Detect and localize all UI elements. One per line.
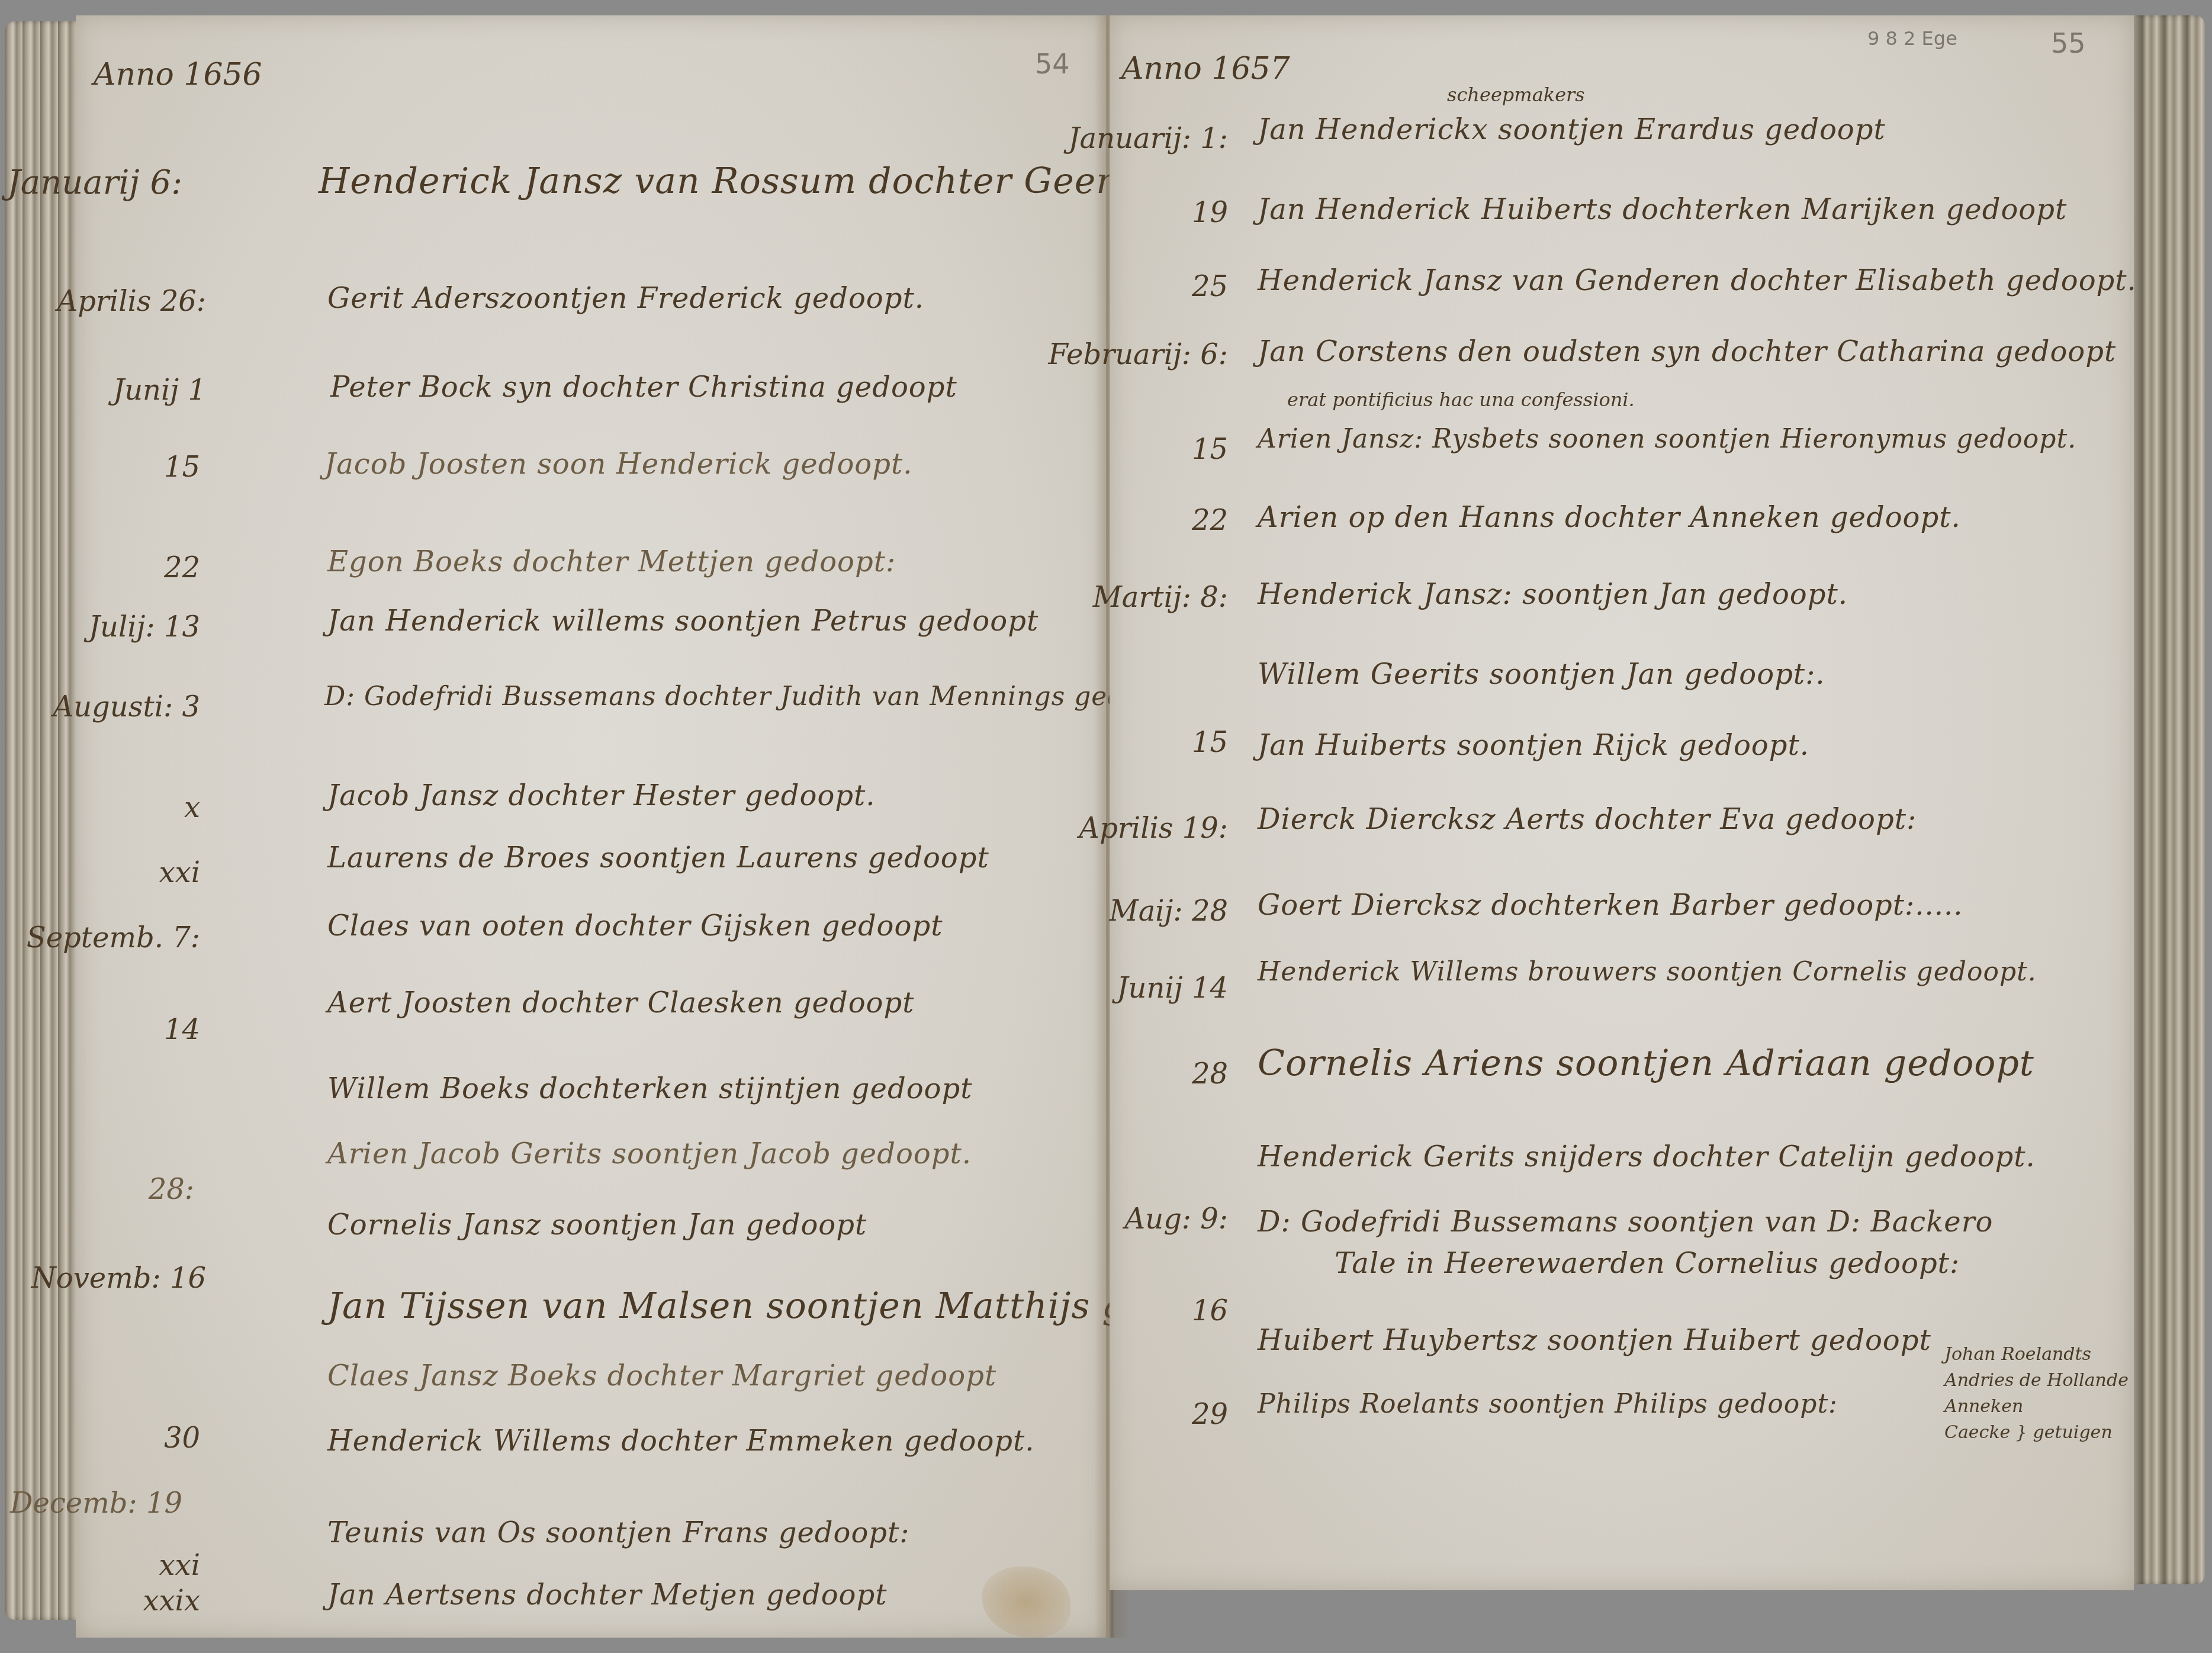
entry-text: Laurens de Broes soontjen Laurens gedoop… [327, 841, 989, 874]
entry-date: Januarij: 1: [1033, 122, 1228, 155]
entry-text: Henderick Jansz: soontjen Jan gedoopt. [1258, 578, 1848, 611]
entry-date: Februarij: 6: [1033, 338, 1228, 371]
entry-date: x [5, 791, 200, 824]
page-heading-left: Anno 1656 [94, 57, 262, 92]
entry-date: Junij 14 [1033, 972, 1228, 1005]
entry-text: Arien Jansz: Rysbets soonen soontjen Hie… [1258, 424, 2076, 454]
entry-text: Claes Jansz Boeks dochter Margriet gedoo… [327, 1359, 996, 1392]
entry-text: Jan Aertsens dochter Metjen gedoopt [327, 1578, 887, 1612]
entry-date: 15 [1033, 433, 1228, 466]
entry-date: Aug: 9: [1033, 1202, 1228, 1236]
entry-text: Jan Henderick willems soontjen Petrus ge… [327, 604, 1039, 638]
entry-date: Aprilis 19: [1033, 812, 1228, 845]
entry-text: Peter Bock syn dochter Christina gedoopt [330, 371, 957, 404]
entry-text: Jan Huiberts soontjen Rijck gedoopt. [1258, 729, 1809, 762]
folio-number-right: 55 [2051, 27, 2086, 59]
witnesses-margin-note: Johan Roelandts Andries de Hollande Anne… [1944, 1342, 2129, 1446]
entry-date: Januarij 6: [0, 163, 182, 202]
entry-date: 19 [1033, 196, 1228, 229]
entry-text: Huibert Huybertsz soontjen Huibert gedoo… [1258, 1324, 1931, 1357]
entry-text: Cornelis Jansz soontjen Jan gedoopt [327, 1208, 867, 1242]
entry-text: Claes van ooten dochter Gijsken gedoopt [327, 909, 943, 943]
entry-text: D: Godefridi Bussemans soontjen van D: B… [1258, 1205, 1994, 1239]
entry-date: Maij: 28 [1033, 895, 1228, 928]
page-heading-right: Anno 1657 [1121, 51, 1290, 86]
entry-text: Gerit Aderszoontjen Frederick gedoopt. [327, 282, 924, 315]
entry-text: Henderick Willems dochter Emmeken gedoop… [327, 1424, 1035, 1458]
entry-date: 30 [5, 1422, 200, 1455]
entry-date: Julij: 13 [5, 610, 200, 644]
open-register-book: Anno 1656 54 Januarij 6: Henderick Jansz… [5, 15, 2205, 1638]
entry-date: Augusti: 3 [5, 690, 200, 723]
entry-text: Jacob Jansz dochter Hester gedoopt. [327, 779, 876, 812]
entry-date: Junij 1 [11, 374, 206, 407]
interlinear-note: scheepmakers [1447, 83, 1585, 106]
folio-number-left: 54 [1035, 48, 1070, 80]
entry-date: 22 [5, 551, 200, 584]
entry-text: Aert Joosten dochter Claesken gedoopt [327, 986, 915, 1020]
entry-text: Goert Diercksz dochterken Barber gedoopt… [1258, 889, 1963, 922]
entry-date: 28: [0, 1173, 194, 1206]
entry-text: Arien op den Hanns dochter Anneken gedoo… [1258, 501, 1961, 534]
entry-text: Henderick Willems brouwers soontjen Corn… [1258, 957, 2037, 987]
entry-date: xxi [5, 1549, 200, 1582]
entry-text: Jan Henderickx soontjen Erardus gedoopt [1258, 113, 1886, 146]
entry-date: Aprilis 26: [11, 285, 206, 318]
entry-text: Henderick Jansz van Genderen dochter Eli… [1258, 264, 2137, 297]
pencil-annotation: 9 8 2 Ege [1867, 27, 1957, 50]
entry-text: Henderick Gerits snijders dochter Cateli… [1258, 1140, 2036, 1173]
entry-date: Decemb: 19 [0, 1487, 182, 1520]
entry-date: 14 [5, 1013, 200, 1046]
entry-date: xxi [5, 856, 200, 889]
entry-text: Cornelis Ariens soontjen Adriaan gedoopt [1258, 1043, 2034, 1084]
entry-date: Martij: 8: [1033, 581, 1228, 614]
entry-date: 25 [1033, 270, 1228, 303]
interlinear-note: erat pontificius hac una confessioni. [1287, 388, 1635, 411]
entry-text: Jacob Joosten soon Henderick gedoopt. [324, 448, 913, 481]
right-page-edges [2134, 15, 2205, 1584]
entry-date: 22 [1033, 504, 1228, 537]
entry-date: Novemb: 16 [11, 1262, 206, 1295]
entry-date: 28 [1033, 1057, 1228, 1091]
entry-date: 29 [1033, 1398, 1228, 1431]
entry-date: Septemb. 7: [5, 921, 200, 954]
left-page: Anno 1656 54 Januarij 6: Henderick Jansz… [76, 15, 1110, 1638]
entry-text: Dierck Diercksz Aerts dochter Eva gedoop… [1258, 803, 1917, 836]
entry-text: Jan Corstens den oudsten syn dochter Cat… [1258, 335, 2116, 368]
entry-text: Philips Roelants soontjen Philips gedoop… [1258, 1389, 1838, 1419]
entry-text: Egon Boeks dochter Mettjen gedoopt: [327, 545, 896, 578]
water-stain [982, 1567, 1070, 1638]
entry-text: Tale in Heerewaerden Cornelius gedoopt: [1335, 1247, 1960, 1280]
entry-date: xxix [5, 1584, 200, 1617]
right-page: Anno 1657 9 8 2 Ege 55 scheepmakers Janu… [1110, 15, 2134, 1590]
entry-text: Willem Geerits soontjen Jan gedoopt:. [1258, 658, 1825, 691]
entry-text: Jan Henderick Huiberts dochterken Marijk… [1258, 193, 2067, 226]
entry-text: D: Godefridi Bussemans dochter Judith va… [324, 681, 1194, 712]
entry-text: Willem Boeks dochterken stijntjen gedoop… [327, 1072, 973, 1105]
entry-date: 15 [5, 451, 200, 484]
entry-date: 15 [1033, 726, 1228, 759]
entry-text: Arien Jacob Gerits soontjen Jacob gedoop… [327, 1137, 972, 1170]
entry-text: Teunis van Os soontjen Frans gedoopt: [327, 1516, 910, 1549]
entry-date: 16 [1033, 1294, 1228, 1327]
